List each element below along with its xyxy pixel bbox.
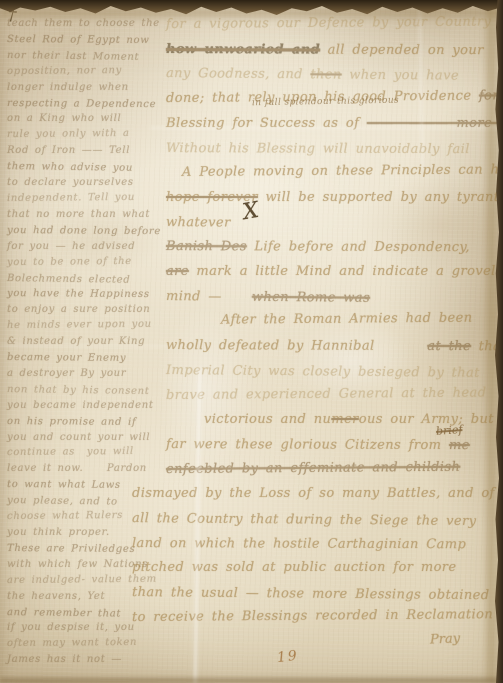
text-segment: pitched was sold at public auction for m…: [132, 560, 457, 575]
text-segment: land on which the hostile Carthaginian C…: [132, 536, 466, 552]
margin-line: a destroyer By your: [7, 366, 167, 382]
main-line: are mark a little Mind and indicate a gr…: [166, 260, 498, 285]
main-line: pitched was sold at public auction for m…: [132, 556, 498, 581]
text-segment: ous our Army; but: [359, 412, 494, 427]
text-segment: Imperial City was closely besieged by th…: [166, 363, 480, 381]
margin-line: for you — he advised: [7, 239, 167, 255]
text-segment: victorious and nu: [204, 412, 331, 427]
margin-line: leave it now. Pardon: [7, 461, 167, 477]
struck-text-segment: then: [310, 68, 341, 83]
margin-line: he minds ever upon you: [7, 317, 167, 334]
main-line: whatever: [166, 211, 498, 239]
main-line: dismayed by the Loss of so many Battles,…: [132, 482, 498, 507]
struck-text-segment: when Rome was: [252, 289, 370, 305]
text-segment: Without his Blessing will unavoidably fa…: [166, 141, 470, 157]
margin-line: became your Enemy: [7, 350, 167, 367]
margin-line: rule you only with a: [7, 126, 167, 143]
margin-line: Rod of Iron —— Tell: [7, 143, 167, 159]
text-segment: than the usual — those more Blessings ob…: [132, 585, 490, 603]
main-line: After the Roman Armies had been: [166, 307, 498, 334]
text-segment: far were these glorious Citizens from: [166, 437, 449, 453]
text-segment: to receive the Blessings recorded in Rec…: [132, 607, 493, 625]
margin-line: opposition, nor any: [7, 62, 167, 79]
margin-line: longer indulge when: [7, 80, 167, 96]
margin-line: you had done long before: [7, 223, 167, 240]
text-segment: when you have: [342, 68, 459, 84]
struck-text-segment: Banish Des: [166, 239, 247, 254]
main-line: Blessing for Success as of —— ——— more —…: [166, 112, 498, 137]
main-line: hope forever will be supported by any ty…: [166, 186, 498, 211]
main-line: brave and experienced General at the hea…: [166, 381, 498, 408]
right-edge-shadow: [486, 0, 496, 683]
text-segment: all the Country that during the Siege th…: [132, 511, 477, 529]
main-line: how unwearied and all depended on your: [166, 38, 498, 64]
struck-text-segment: me: [449, 438, 470, 453]
main-line: wholly defeated by Hannibal at the that: [166, 334, 498, 360]
margin-line: you to be one of the: [7, 253, 167, 270]
main-line: all the Country that during the Siege th…: [132, 507, 498, 535]
text-segment: will be supported by any tyrant: [258, 190, 499, 205]
main-line: Banish Des Life before and Despondency,: [166, 235, 498, 261]
text-segment: brave and experienced General at the hea…: [166, 385, 487, 403]
main-line: enfeebled by an effeminate and childish: [166, 455, 498, 482]
text-segment: all depended on your: [320, 42, 484, 58]
text-segment: whatever: [166, 215, 231, 231]
text-segment: mind —: [166, 289, 252, 305]
struck-word-note: brief: [436, 423, 463, 438]
text-segment: mark a little Mind and indicate a grovel…: [189, 264, 503, 279]
struck-text-segment: —— ——— more ———: [367, 116, 503, 131]
text-segment: Life before and Despondency,: [247, 240, 470, 256]
page-number: 19: [276, 648, 299, 666]
text-segment: After the Roman Armies had been: [221, 311, 473, 328]
margin-line: on his promise and if: [7, 414, 167, 431]
margin-line: to declare yourselves: [7, 175, 167, 191]
text-segment: Blessing for Success as of: [166, 116, 367, 131]
margin-line: continue as you will: [7, 444, 167, 461]
margin-line: respecting a Dependence: [7, 96, 167, 113]
catchword: Pray: [430, 631, 461, 647]
text-segment: dismayed by the Loss of so many Battles,…: [132, 486, 495, 501]
text-segment: wholly defeated by Hannibal: [166, 338, 427, 354]
main-line: A People moving on these Principles can …: [166, 159, 498, 186]
margin-line: you have the Happiness: [7, 286, 167, 303]
margin-line: teach them to choose the: [7, 16, 167, 32]
margin-line: James has it not —: [7, 652, 167, 668]
struck-text-segment: enfeebled by an effeminate and childish: [166, 459, 460, 476]
main-line: to receive the Blessings recorded in Rec…: [132, 603, 498, 631]
margin-line: independent. Tell you: [7, 190, 167, 207]
margin-line: Steel Rod of Egypt now: [7, 32, 167, 49]
margin-line: that no more than what: [7, 207, 167, 223]
struck-text-segment: how unwearied and: [166, 42, 320, 58]
manuscript-page: teach them to choose theSteel Rod of Egy…: [0, 0, 503, 683]
text-segment: any Goodness, and: [166, 66, 311, 82]
struck-text-segment: are: [166, 264, 189, 279]
struck-text-segment: at the: [427, 339, 471, 354]
margin-line: & instead of your King: [7, 334, 167, 350]
main-line: land on which the hostile Carthaginian C…: [132, 532, 498, 558]
margin-line: often may want token: [7, 635, 167, 652]
struck-text-segment: mer: [331, 412, 358, 427]
bottom-edge-shadow: [0, 678, 503, 683]
margin-line: you became independent: [7, 398, 167, 414]
text-segment: A People moving on these Principles can …: [182, 162, 503, 180]
